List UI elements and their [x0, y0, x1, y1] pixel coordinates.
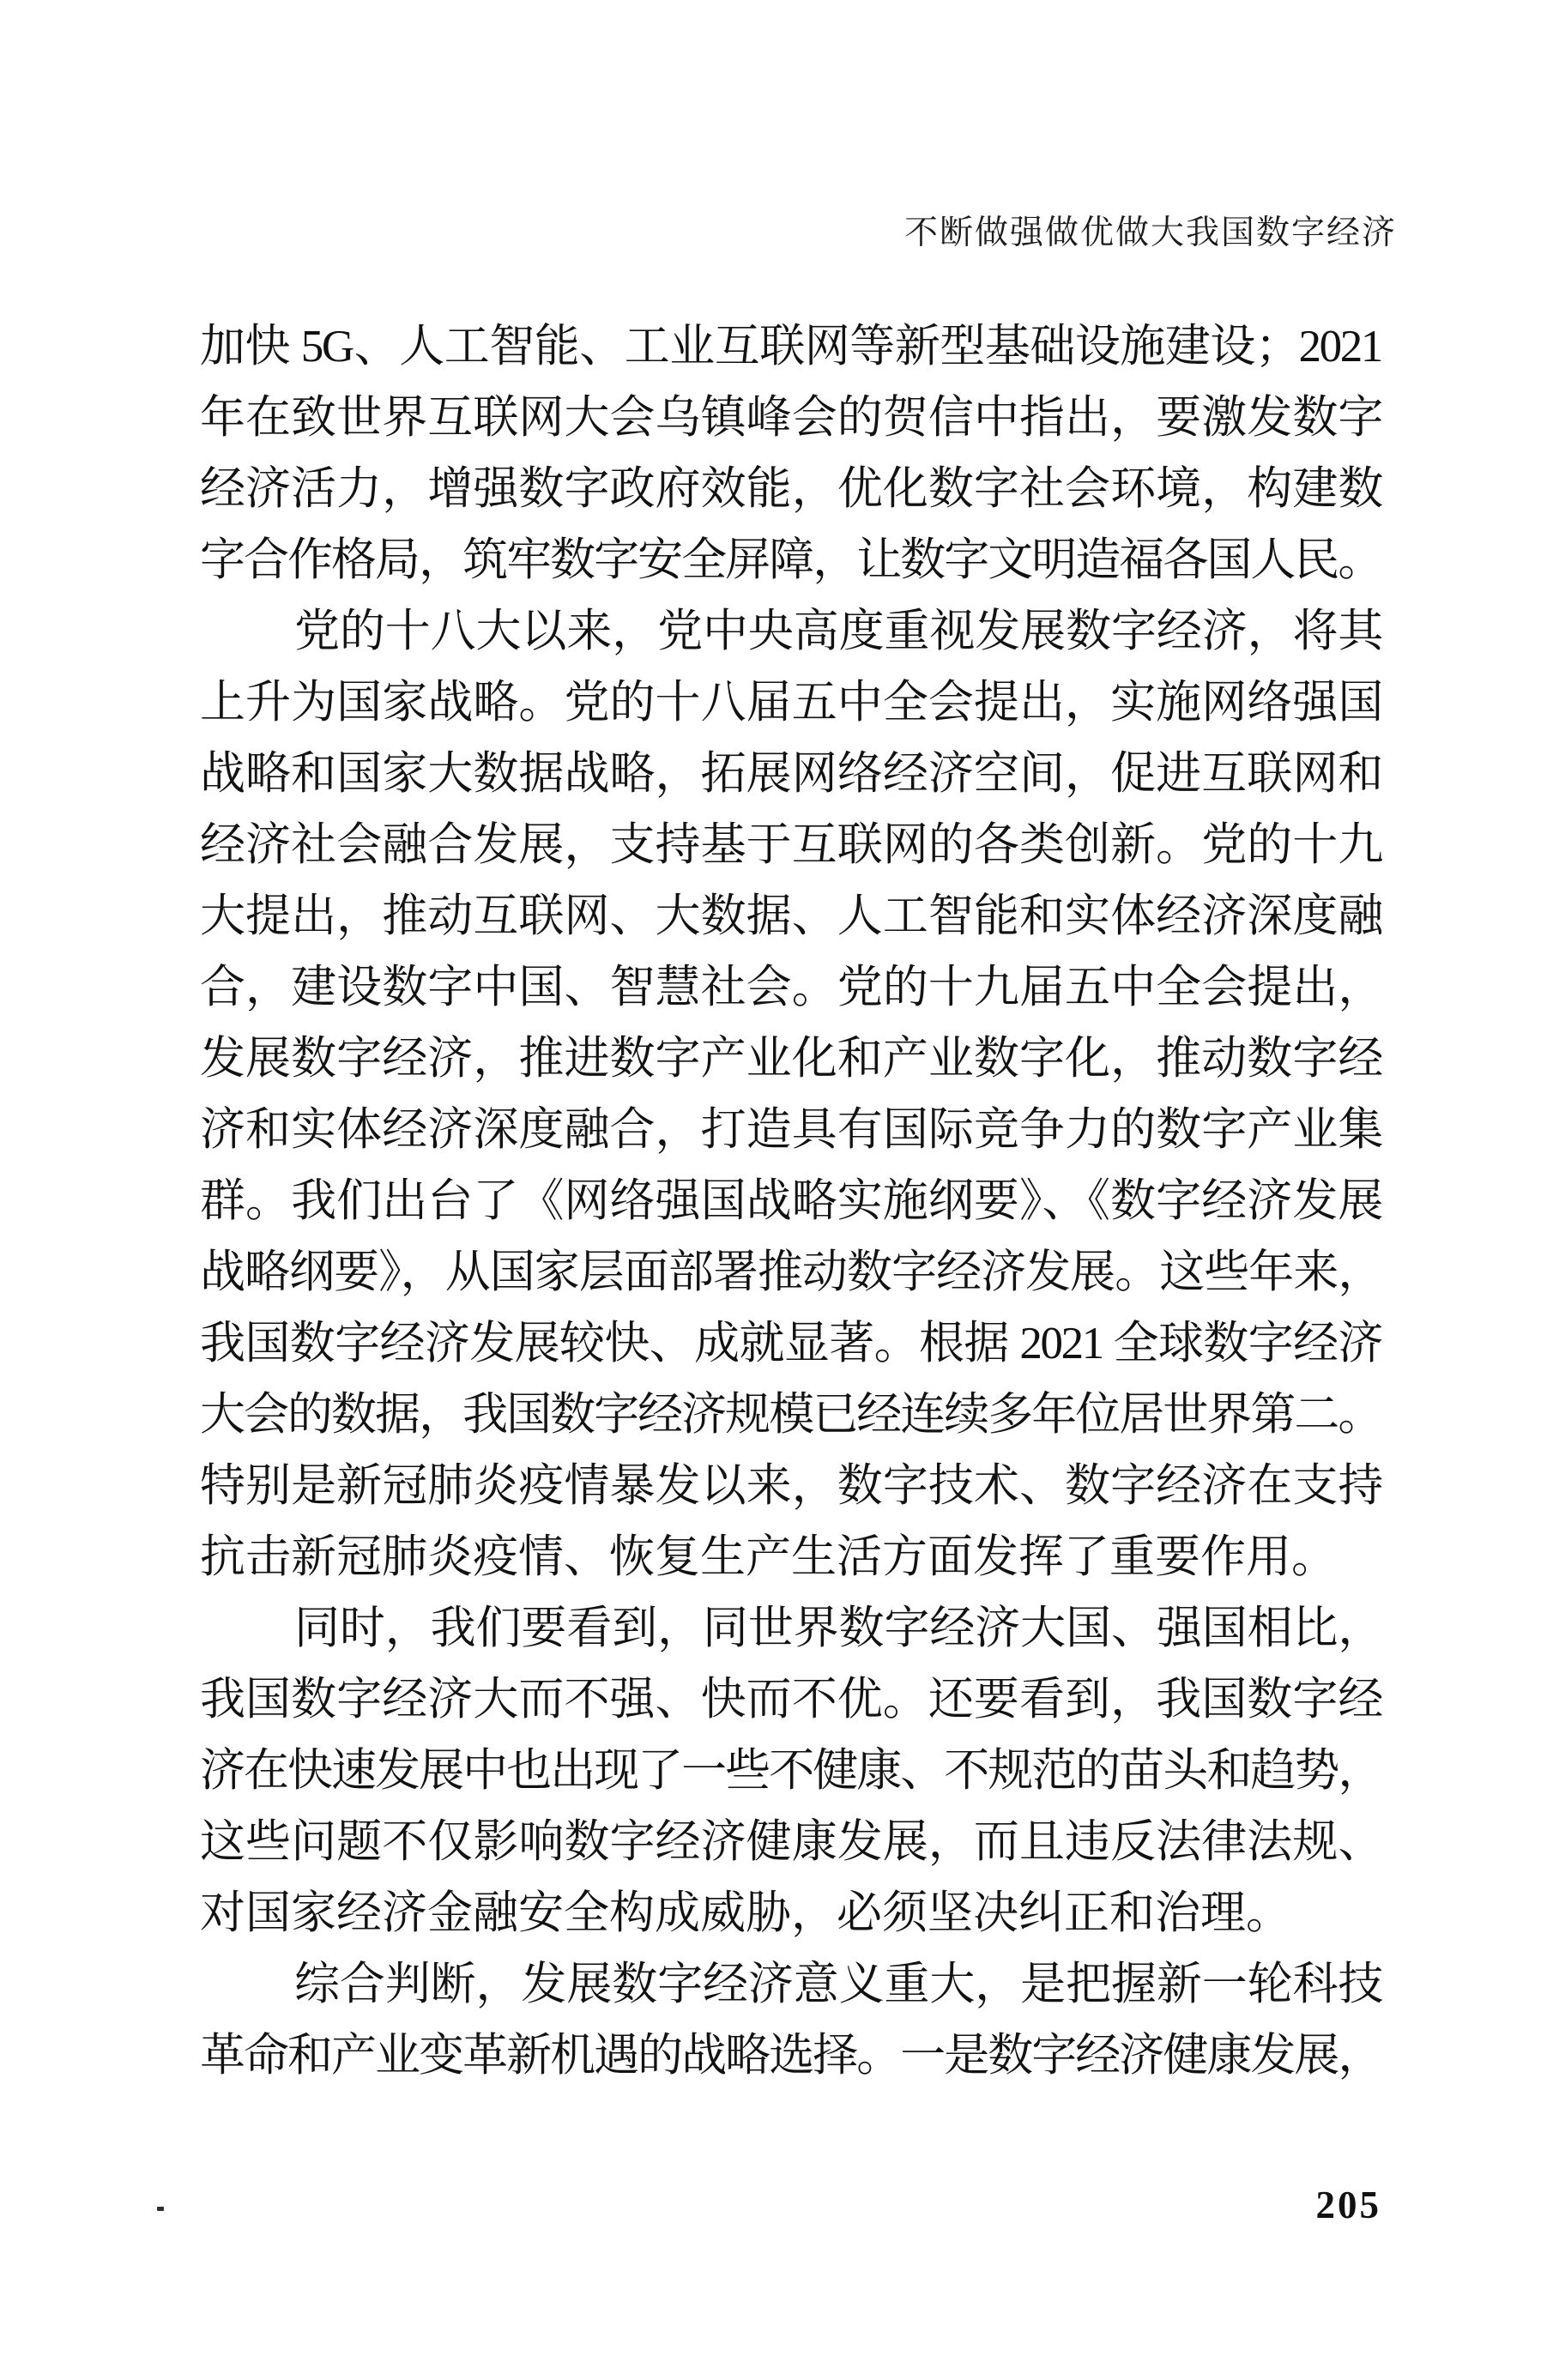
text-line: 革命和产业变革新机遇的战略选择。一是数字经济健康发展，: [200, 2021, 1381, 2092]
text-line: 上升为国家战略。党的十八届五中全会提出，实施网络强国: [200, 667, 1381, 739]
text-line: 大提出，推动互联网、大数据、人工智能和实体经济深度融: [200, 881, 1381, 952]
text-line: 经济社会融合发展，支持基于互联网的各类创新。党的十九: [200, 810, 1381, 881]
text-line: 字合作格局，筑牢数字安全屏障，让数字文明造福各国人民。: [200, 525, 1381, 596]
text-line: 济在快速发展中也出现了一些不健康、不规范的苗头和趋势，: [200, 1736, 1381, 1807]
text-line: 我国数字经济发展较快、成就显著。根据 2021 全球数字经济: [200, 1308, 1381, 1380]
text-line: 战略和国家大数据战略，拓展网络经济空间，促进互联网和: [200, 739, 1381, 810]
stray-ink-mark: [157, 2207, 164, 2211]
text-line: 同时，我们要看到，同世界数字经济大国、强国相比，: [200, 1593, 1381, 1664]
text-line: 战略纲要》，从国家层面部署推动数字经济发展。这些年来，: [200, 1237, 1381, 1308]
text-line: 经济活力，增强数字政府效能，优化数字社会环境，构建数: [200, 454, 1381, 525]
text-line: 群。我们出台了《网络强国战略实施纲要》、《数字经济发展: [200, 1166, 1381, 1237]
body-text: 加快 5G、人工智能、工业互联网等新型基础设施建设；2021年在致世界互联网大会…: [200, 311, 1381, 2092]
text-line: 合，建设数字中国、智慧社会。党的十九届五中全会提出，: [200, 952, 1381, 1024]
text-line: 加快 5G、人工智能、工业互联网等新型基础设施建设；2021: [200, 311, 1381, 383]
text-line: 党的十八大以来，党中央高度重视发展数字经济，将其: [200, 596, 1381, 667]
page-number: 205: [200, 2183, 1381, 2227]
running-header: 不断做强做优做大我国数字经济: [200, 212, 1397, 255]
text-line: 我国数字经济大而不强、快而不优。还要看到，我国数字经: [200, 1664, 1381, 1736]
text-line: 大会的数据，我国数字经济规模已经连续多年位居世界第二。: [200, 1380, 1381, 1451]
text-line: 特别是新冠肺炎疫情暴发以来，数字技术、数字经济在支持: [200, 1451, 1381, 1522]
text-line: 年在致世界互联网大会乌镇峰会的贺信中指出，要激发数字: [200, 383, 1381, 454]
book-page: 不断做强做优做大我国数字经济 加快 5G、人工智能、工业互联网等新型基础设施建设…: [0, 0, 1547, 2380]
text-line: 综合判断，发展数字经济意义重大，是把握新一轮科技: [200, 1949, 1381, 2021]
text-line: 对国家经济金融安全构成威胁，必须坚决纠正和治理。: [200, 1878, 1381, 1949]
text-line: 这些问题不仅影响数字经济健康发展，而且违反法律法规、: [200, 1807, 1381, 1878]
text-line: 抗击新冠肺炎疫情、恢复生产生活方面发挥了重要作用。: [200, 1522, 1381, 1593]
text-line: 济和实体经济深度融合，打造具有国际竞争力的数字产业集: [200, 1095, 1381, 1166]
text-line: 发展数字经济，推进数字产业化和产业数字化，推动数字经: [200, 1024, 1381, 1095]
